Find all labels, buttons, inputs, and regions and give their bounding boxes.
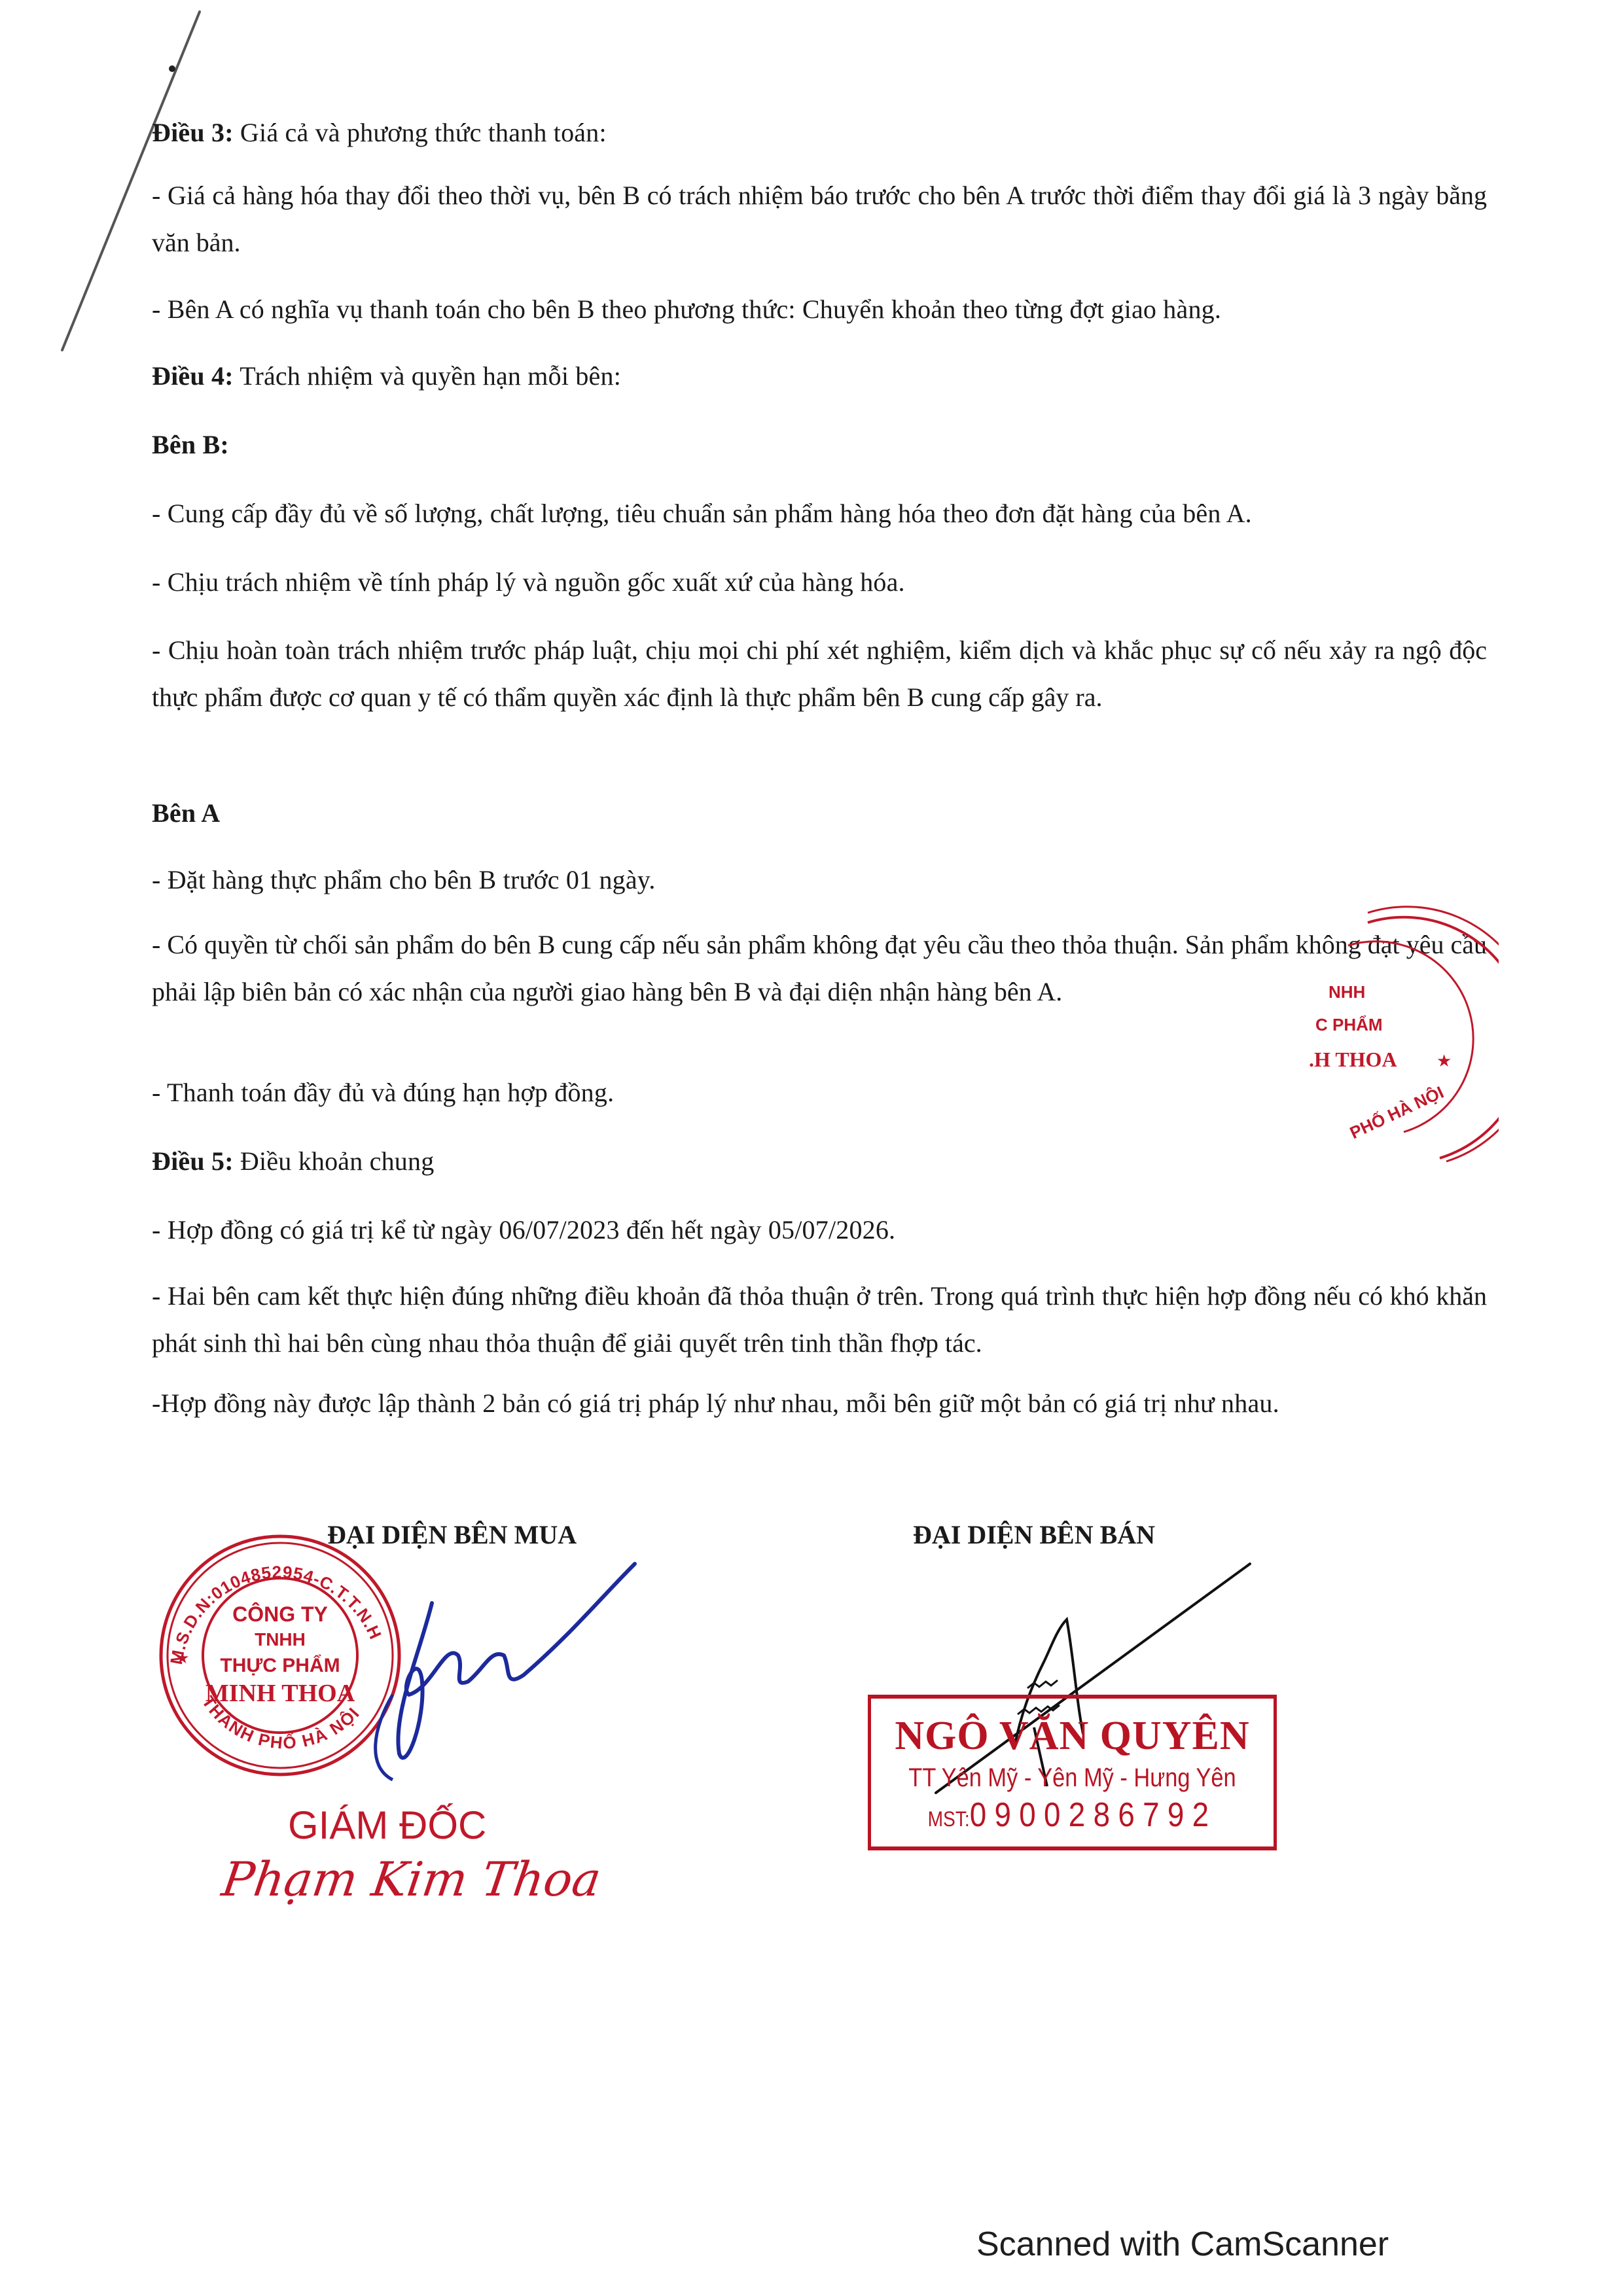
buyer-director-name: Phạm Kim Thoa (219, 1852, 604, 1907)
article-3-item-2: - Bên A có nghĩa vụ thanh toán cho bên B… (152, 293, 1221, 326)
party-a-item-3: - Thanh toán đầy đủ và đúng hạn hợp đồng… (152, 1076, 614, 1109)
svg-text:CÔNG TY: CÔNG TY (232, 1602, 328, 1626)
svg-text:.H THOA: .H THOA (1309, 1048, 1397, 1071)
party-a-label: Bên A (152, 797, 220, 830)
article-5-heading: Điều 5: Điều khoản chung (152, 1145, 434, 1178)
svg-text:C PHẨM: C PHẨM (1315, 1015, 1383, 1034)
seller-name-stamp: NGÔ VĂN QUYÊN TT Yên Mỹ - Yên Mỹ - Hưng … (868, 1695, 1277, 1850)
party-a-item-2: - Có quyền từ chối sản phẩm do bên B cun… (152, 921, 1487, 1016)
svg-text:TNHH: TNHH (255, 1629, 306, 1650)
seller-tax-label: MST: (928, 1807, 970, 1831)
article-5-label: Điều 5: (152, 1146, 234, 1176)
seller-stamp-tax-code: MST:0900286792 (895, 1795, 1249, 1835)
article-5-item-1: - Hợp đồng có giá trị kể từ ngày 06/07/2… (152, 1214, 895, 1246)
camscanner-watermark: Scanned with CamScanner (976, 2225, 1389, 2264)
party-b-item-3: - Chịu hoàn toàn trách nhiệm trước pháp … (152, 627, 1487, 721)
article-4-title: Trách nhiệm và quyền hạn mỗi bên: (234, 361, 621, 391)
company-seal-partial: NHH C PHẨM .H THOA PHỐ HÀ NỘI ★ (1302, 896, 1499, 1171)
svg-text:PHỐ HÀ NỘI: PHỐ HÀ NỘI (1347, 1082, 1447, 1143)
article-5-item-3: -Hợp đồng này được lập thành 2 bản có gi… (152, 1387, 1279, 1420)
party-b-item-1: - Cung cấp đầy đủ về số lượng, chất lượn… (152, 497, 1252, 530)
article-4-heading: Điều 4: Trách nhiệm và quyền hạn mỗi bên… (152, 360, 621, 393)
seller-stamp-address: TT Yên Mỹ - Yên Mỹ - Hưng Yên (899, 1763, 1245, 1793)
article-3-item-1: - Giá cả hàng hóa thay đổi theo thời vụ,… (152, 172, 1487, 266)
svg-text:★: ★ (1436, 1051, 1452, 1070)
article-4-label: Điều 4: (152, 361, 234, 391)
contract-page: Điều 3: Giá cả và phương thức thanh toán… (0, 0, 1623, 2296)
svg-text:MINH THOA: MINH THOA (205, 1680, 355, 1707)
article-3-heading: Điều 3: Giá cả và phương thức thanh toán… (152, 116, 607, 149)
svg-text:★: ★ (175, 1650, 190, 1667)
party-b-label: Bên B: (152, 429, 229, 461)
party-b-item-2: - Chịu trách nhiệm về tính pháp lý và ng… (152, 566, 905, 599)
seller-representative-heading: ĐẠI DIỆN BÊN BÁN (913, 1519, 1155, 1550)
svg-text:THỰC PHẨM: THỰC PHẨM (220, 1654, 340, 1676)
seller-tax-value: 0900286792 (970, 1796, 1217, 1834)
seller-stamp-name: NGÔ VĂN QUYÊN (871, 1713, 1274, 1759)
article-3-title: Giá cả và phương thức thanh toán: (234, 118, 607, 147)
article-5-title: Điều khoản chung (234, 1146, 435, 1176)
article-3-label: Điều 3: (152, 118, 234, 147)
buyer-director-title: GIÁM ĐỐC (288, 1803, 486, 1848)
buyer-handwritten-signature (353, 1557, 654, 1793)
party-a-item-1: - Đặt hàng thực phẩm cho bên B trước 01 … (152, 864, 656, 896)
article-5-item-2: - Hai bên cam kết thực hiện đúng những đ… (152, 1273, 1487, 1367)
svg-text:NHH: NHH (1329, 982, 1365, 1002)
